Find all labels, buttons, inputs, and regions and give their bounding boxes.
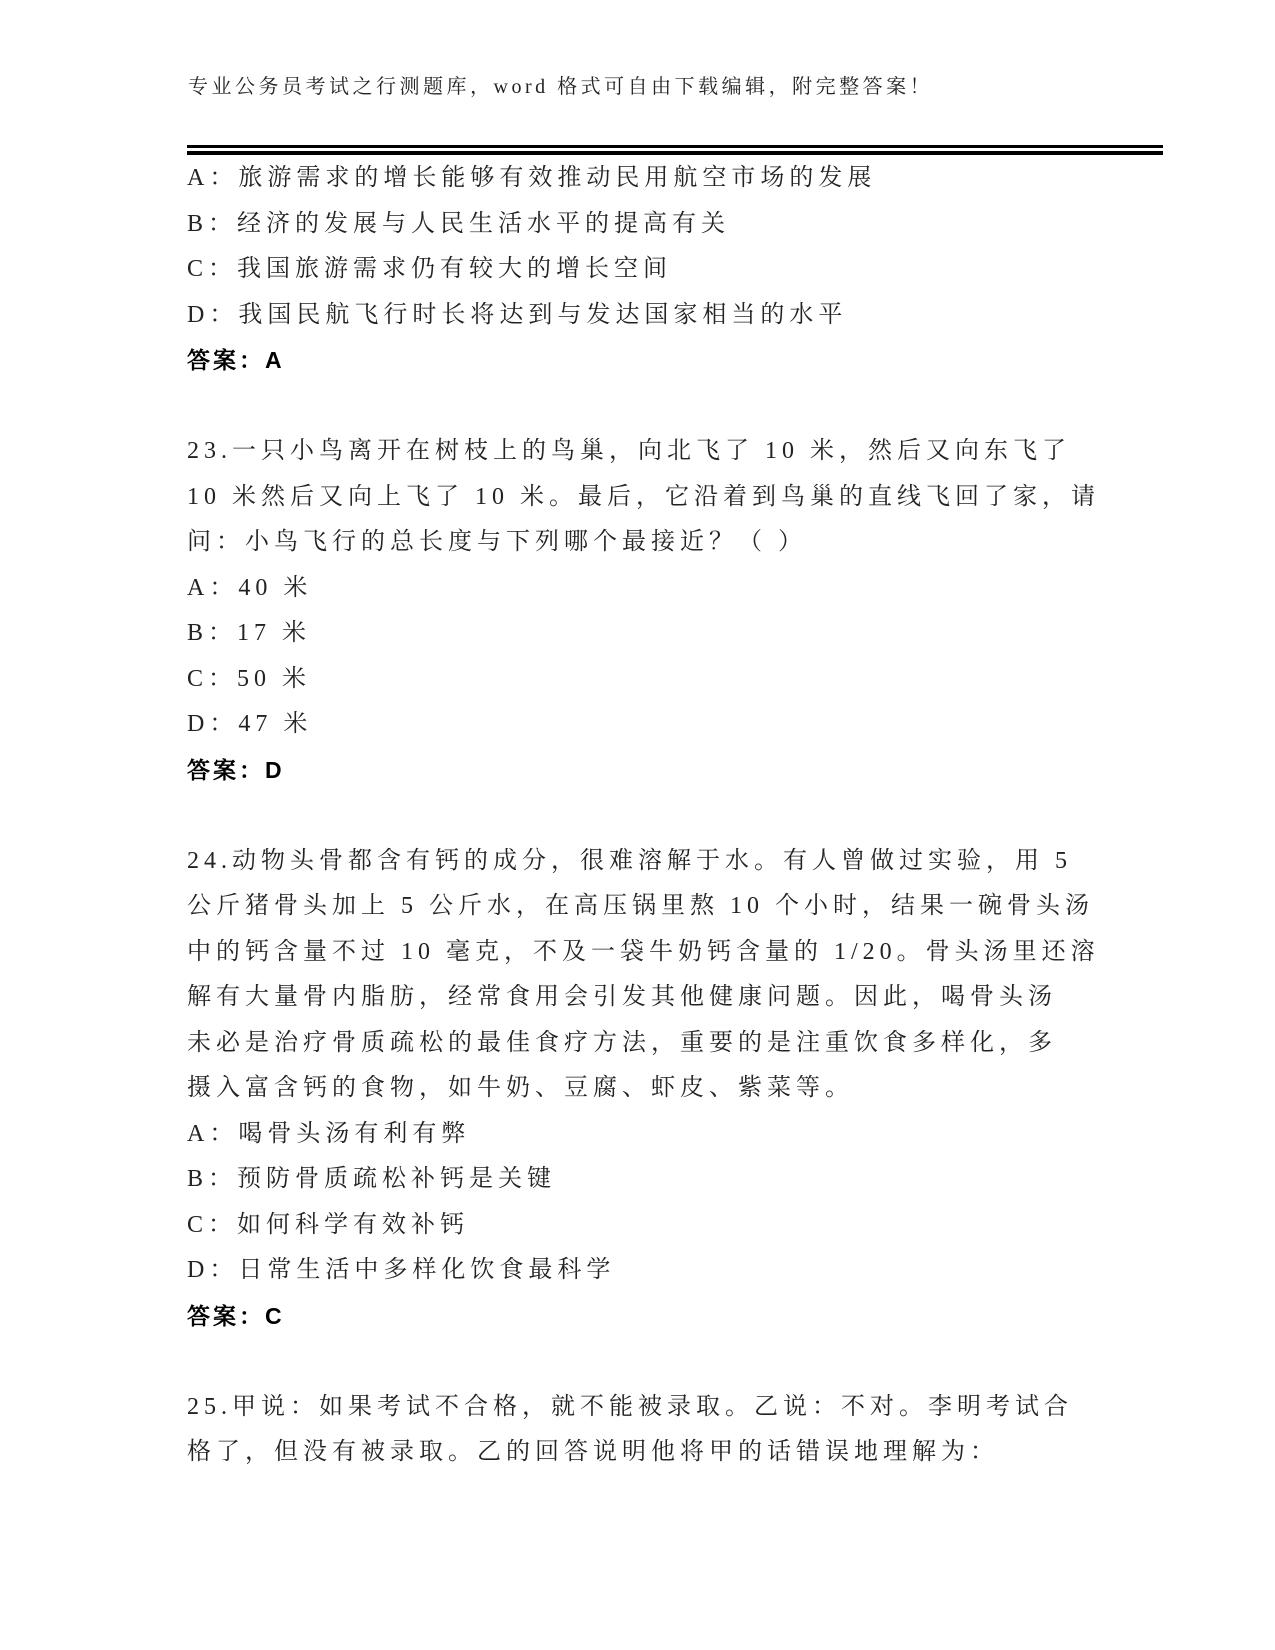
option-line: D：47 米 bbox=[187, 702, 1102, 748]
question-stem-line: 未必是治疗骨质疏松的最佳食疗方法，重要的是注重饮食多样化，多 bbox=[187, 1021, 1102, 1067]
question-stem-line: 摄入富含钙的食物，如牛奶、豆腐、虾皮、紫菜等。 bbox=[187, 1066, 1102, 1112]
question-block: 23.一只小鸟离开在树枝上的鸟巢，向北飞了 10 米，然后又向东飞了10 米然后… bbox=[187, 429, 1102, 793]
answer-line: 答案：A bbox=[187, 338, 1102, 384]
option-line: C：50 米 bbox=[187, 657, 1102, 703]
question-block: A：旅游需求的增长能够有效推动民用航空市场的发展B：经济的发展与人民生活水平的提… bbox=[187, 156, 1102, 384]
question-stem-line: 问：小鸟飞行的总长度与下列哪个最接近？（ ） bbox=[187, 520, 1102, 566]
question-stem-line: 解有大量骨内脂肪，经常食用会引发其他健康问题。因此，喝骨头汤 bbox=[187, 975, 1102, 1021]
question-stem-line: 公斤猪骨头加上 5 公斤水，在高压锅里熬 10 个小时，结果一碗骨头汤 bbox=[187, 884, 1102, 930]
option-line: B：预防骨质疏松补钙是关键 bbox=[187, 1157, 1102, 1203]
question-block: 25.甲说：如果考试不合格，就不能被录取。乙说：不对。李明考试合格了，但没有被录… bbox=[187, 1385, 1102, 1476]
page-header-text: 专业公务员考试之行测题库，word 格式可自由下载编辑，附完整答案！ bbox=[188, 70, 933, 99]
question-block: 24.动物头骨都含有钙的成分，很难溶解于水。有人曾做过实验，用 5公斤猪骨头加上… bbox=[187, 839, 1102, 1340]
question-stem-line: 24.动物头骨都含有钙的成分，很难溶解于水。有人曾做过实验，用 5 bbox=[187, 839, 1102, 885]
option-line: D：我国民航飞行时长将达到与发达国家相当的水平 bbox=[187, 293, 1102, 339]
option-line: A：40 米 bbox=[187, 566, 1102, 612]
option-line: A：旅游需求的增长能够有效推动民用航空市场的发展 bbox=[187, 156, 1102, 202]
question-stem-line: 中的钙含量不过 10 毫克，不及一袋牛奶钙含量的 1/20。骨头汤里还溶 bbox=[187, 930, 1102, 976]
question-stem-line: 格了，但没有被录取。乙的回答说明他将甲的话错误地理解为： bbox=[187, 1430, 1102, 1476]
header-double-rule bbox=[187, 145, 1163, 155]
option-line: C：如何科学有效补钙 bbox=[187, 1203, 1102, 1249]
option-line: A：喝骨头汤有利有弊 bbox=[187, 1112, 1102, 1158]
option-line: B：经济的发展与人民生活水平的提高有关 bbox=[187, 202, 1102, 248]
document-body: A：旅游需求的增长能够有效推动民用航空市场的发展B：经济的发展与人民生活水平的提… bbox=[187, 156, 1102, 1476]
block-spacer bbox=[187, 1339, 1102, 1385]
option-line: D：日常生活中多样化饮食最科学 bbox=[187, 1248, 1102, 1294]
block-spacer bbox=[187, 793, 1102, 839]
question-stem-line: 10 米然后又向上飞了 10 米。最后，它沿着到鸟巢的直线飞回了家，请 bbox=[187, 475, 1102, 521]
question-stem-line: 25.甲说：如果考试不合格，就不能被录取。乙说：不对。李明考试合 bbox=[187, 1385, 1102, 1431]
answer-line: 答案：C bbox=[187, 1294, 1102, 1340]
answer-line: 答案：D bbox=[187, 748, 1102, 794]
question-stem-line: 23.一只小鸟离开在树枝上的鸟巢，向北飞了 10 米，然后又向东飞了 bbox=[187, 429, 1102, 475]
option-line: C：我国旅游需求仍有较大的增长空间 bbox=[187, 247, 1102, 293]
option-line: B：17 米 bbox=[187, 611, 1102, 657]
page: 专业公务员考试之行测题库，word 格式可自由下载编辑，附完整答案！ A：旅游需… bbox=[0, 0, 1275, 1650]
block-spacer bbox=[187, 384, 1102, 430]
